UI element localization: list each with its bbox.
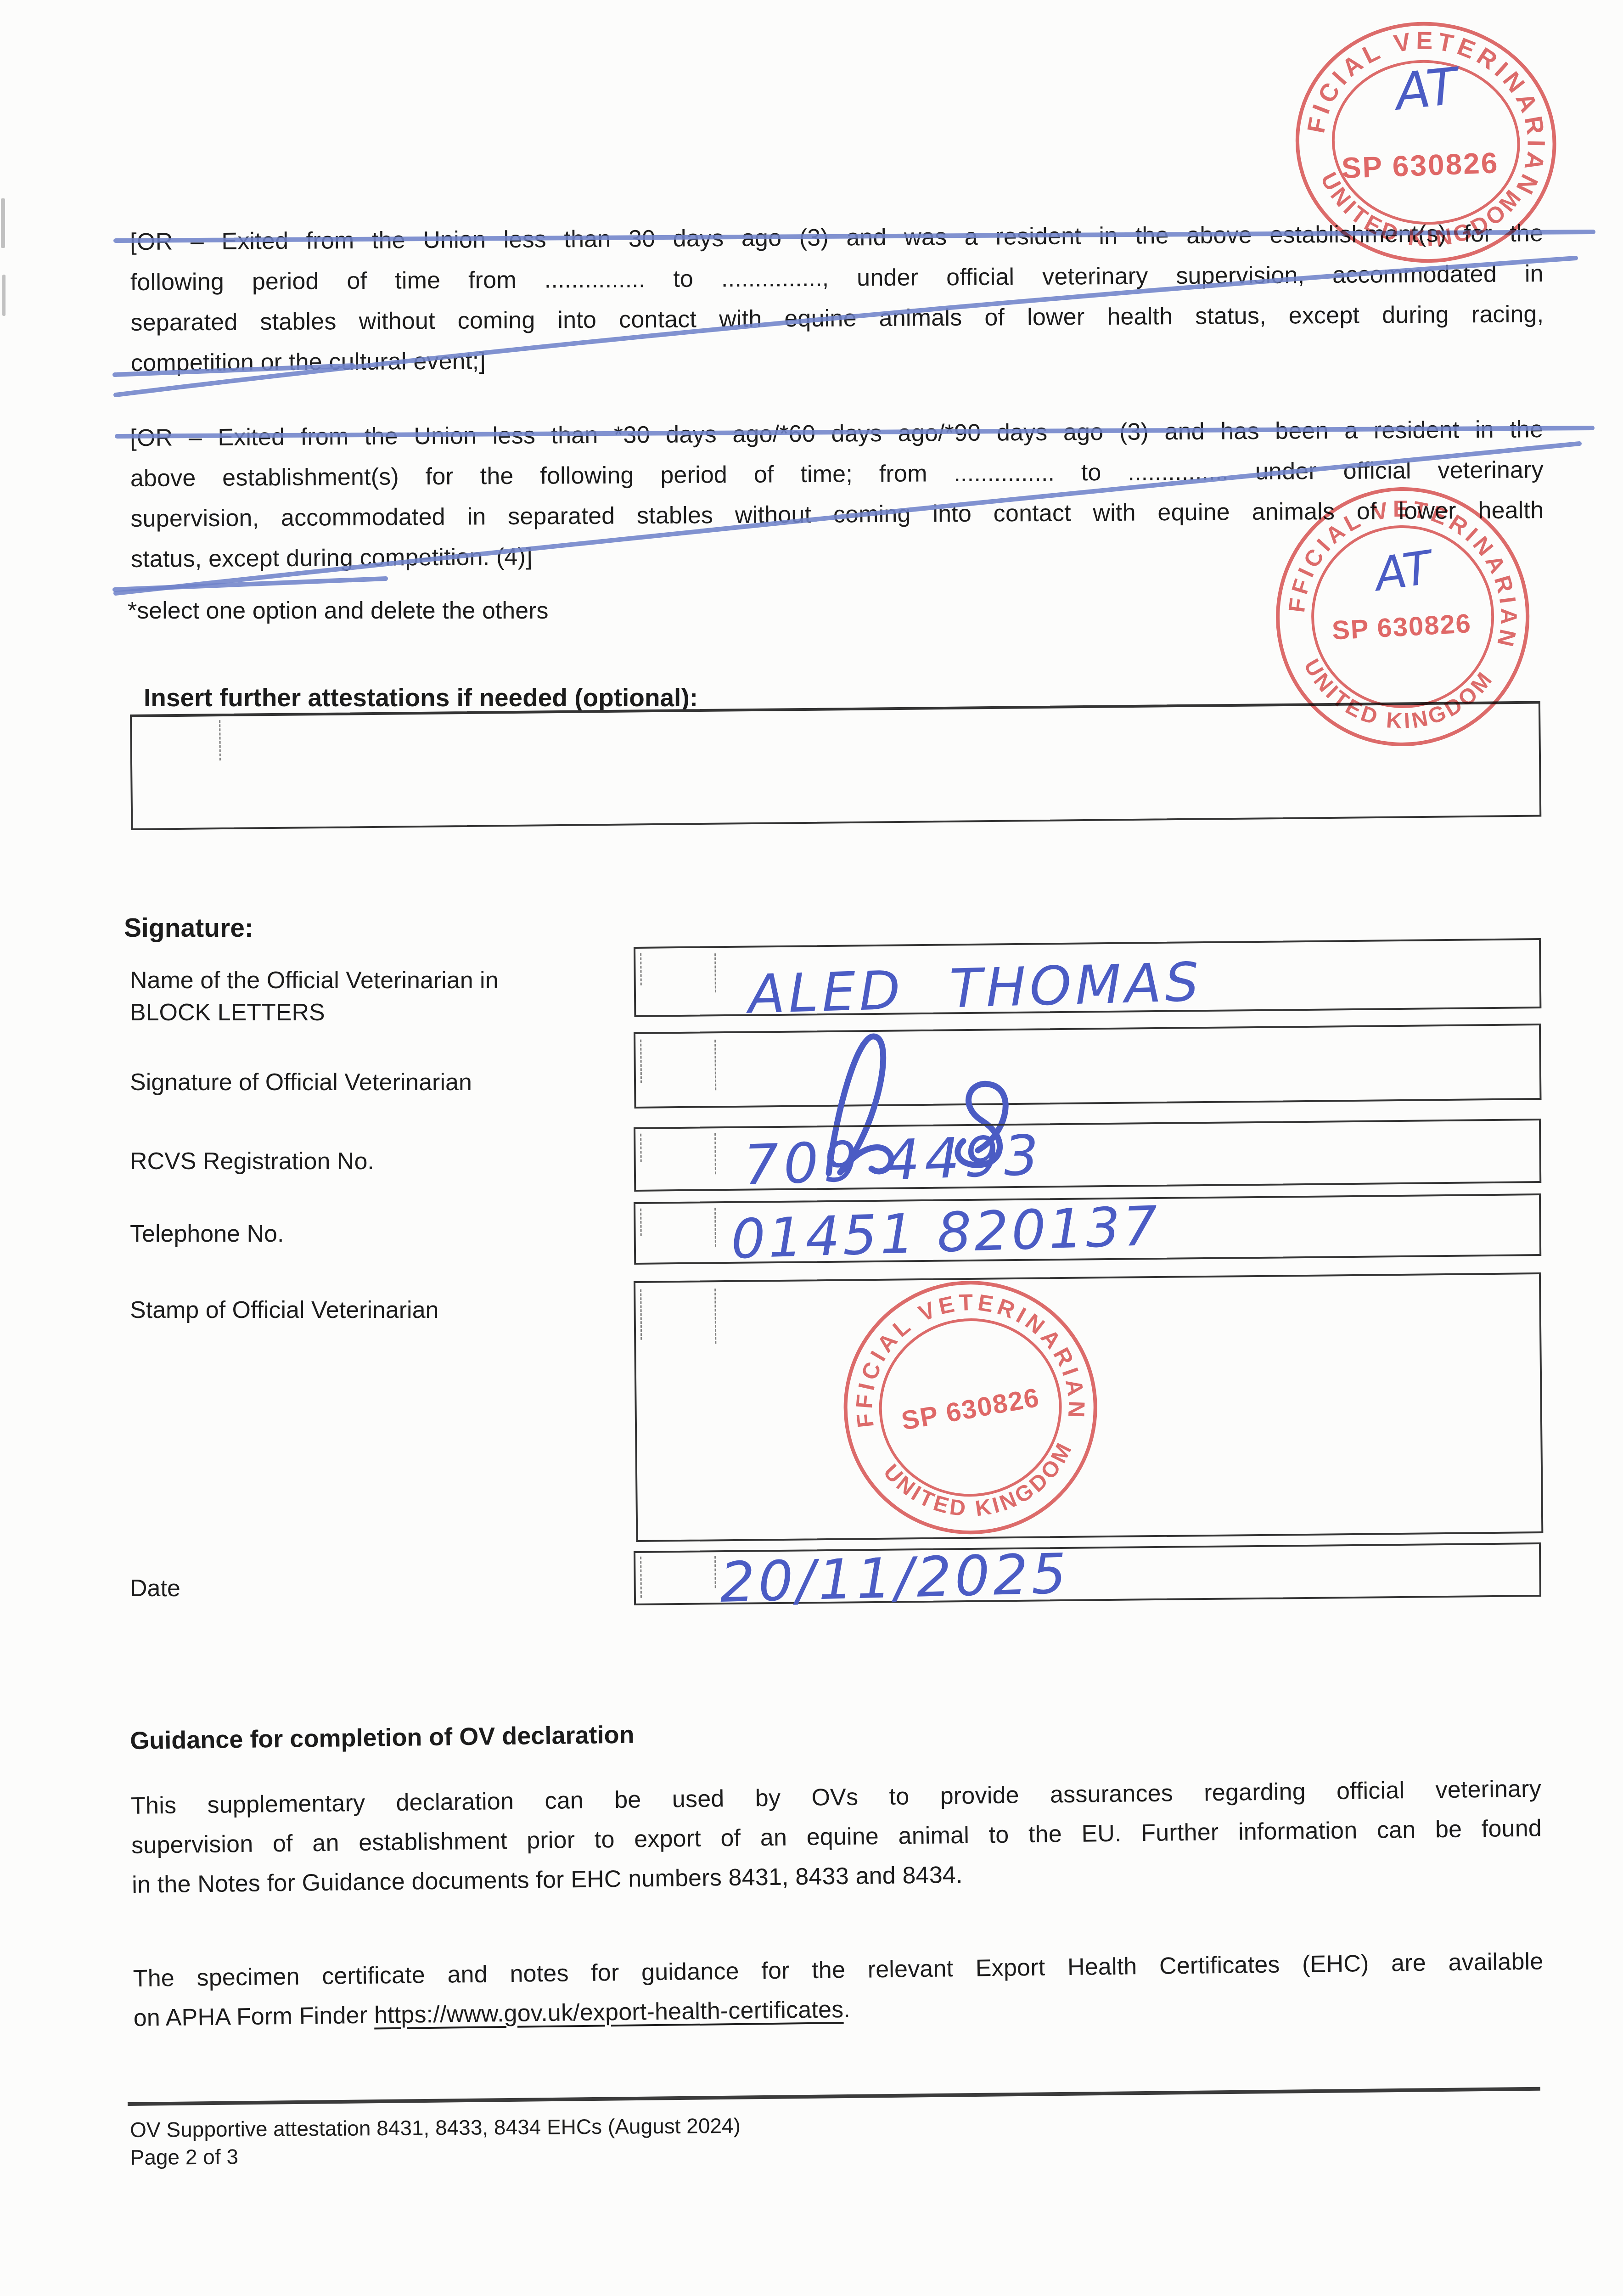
footer-document-title: OV Supportive attestation 8431, 8433, 84… — [130, 2112, 741, 2144]
signature-section-heading: Signature: — [124, 913, 253, 943]
cell-mark — [714, 1208, 716, 1247]
select-option-note: *select one option and delete the others — [128, 597, 548, 625]
stamp-code-text: SP 630826 — [1331, 608, 1472, 646]
cell-mark — [640, 953, 642, 985]
date-label: Date — [130, 1572, 180, 1604]
cell-mark — [640, 1040, 642, 1083]
cell-mark — [714, 1556, 716, 1588]
signature-field[interactable] — [634, 1024, 1542, 1109]
stamp-arc-bottom-text: UNITED KINGDOM — [877, 1435, 1086, 1534]
stamp-arc-bottom-text: UNITED KINGDOM — [1295, 653, 1499, 740]
signature-label: Signature of Official Veterinarian — [130, 1066, 472, 1098]
scanned-form-page: [OR – Exited from the Union less than 30… — [0, 0, 1623, 2296]
scan-edge-artifact — [2, 275, 6, 316]
cell-mark — [640, 1557, 642, 1598]
stamp-label: Stamp of Official Veterinarian — [130, 1294, 439, 1326]
paragraph-line: separated stables without coming into co… — [130, 294, 1544, 343]
cell-mark — [714, 953, 716, 992]
paragraph-line: competition or the cultural event;] — [131, 334, 1544, 383]
footer: OV Supportive attestation 8431, 8433, 84… — [130, 2112, 741, 2171]
official-veterinarian-stamp: OFFICIAL VETERINARIAN UNITED KINGDOM SP … — [823, 1260, 1119, 1558]
rcvs-label: RCVS Registration No. — [130, 1145, 374, 1177]
specimen-paragraph: The specimen certificate and notes for g… — [133, 1941, 1544, 2038]
official-veterinarian-stamp: OFFICIAL VETERINARIAN UNITED KINGDOM SP … — [1263, 476, 1542, 760]
svg-text:UNITED KINGDOM: UNITED KINGDOM — [877, 1435, 1086, 1534]
cell-mark — [640, 1289, 642, 1340]
further-attestations-heading: Insert further attestations if needed (o… — [144, 683, 698, 712]
cell-mark — [219, 720, 221, 760]
date-handwritten-value: 20/11/2025 — [719, 1542, 1070, 1615]
cell-mark — [714, 1289, 716, 1344]
cell-mark — [640, 1134, 642, 1162]
scan-edge-artifact — [1, 198, 5, 248]
footer-page-number: Page 2 of 3 — [130, 2139, 741, 2171]
rcvs-handwritten-value: 709 4493 — [743, 1124, 1045, 1198]
name-label: Name of the Official Veterinarian in BLO… — [130, 964, 499, 1029]
cell-mark — [714, 1040, 716, 1090]
guidance-paragraph: This supplementary declaration can be us… — [131, 1769, 1543, 1905]
specimen-line2-prefix: on APHA Form Finder — [133, 2002, 374, 2032]
telephone-handwritten-value: 01451 820137 — [730, 1194, 1161, 1271]
name-label-line1: Name of the Official Veterinarian in — [130, 964, 499, 996]
cell-mark — [640, 1209, 642, 1236]
stamp-code-text: SP 630826 — [899, 1382, 1042, 1436]
cell-mark — [714, 1133, 716, 1174]
ov-initials-handwritten: AT — [1393, 56, 1460, 121]
name-label-line2: BLOCK LETTERS — [130, 996, 499, 1029]
strike-line — [115, 579, 386, 590]
ov-initials-handwritten: AT — [1371, 540, 1434, 602]
specimen-line2-suffix: . — [843, 1996, 850, 2023]
ehc-certificates-link[interactable]: https://www.gov.uk/export-health-certifi… — [374, 1996, 844, 2028]
footer-rule — [128, 2087, 1540, 2106]
svg-text:UNITED KINGDOM: UNITED KINGDOM — [1295, 653, 1499, 740]
guidance-section: Guidance for completion of OV declaratio… — [130, 1709, 1544, 2037]
guidance-heading: Guidance for completion of OV declaratio… — [130, 1709, 1541, 1755]
telephone-label: Telephone No. — [130, 1218, 284, 1250]
stamp-code-text: SP 630826 — [1341, 146, 1499, 185]
official-veterinarian-stamp: OFFICIAL VETERINARIAN UNITED KINGDOM SP … — [1276, 0, 1574, 293]
